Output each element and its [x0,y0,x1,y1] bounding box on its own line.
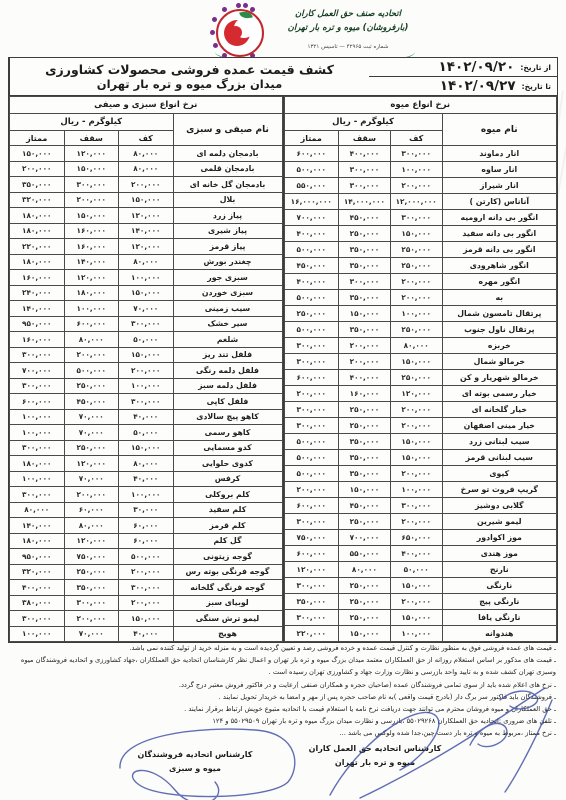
price-premium-cell: ۵۰۰,۰۰۰ [284,290,339,306]
price-premium-cell: ۱۰۰,۰۰۰ [10,471,65,487]
product-name-cell: موز اکوادور [442,530,556,546]
product-name-cell: خرمالو شهریار و کن [442,370,556,386]
price-ceiling-cell: ۳۵۰,۰۰۰ [339,434,391,450]
price-ceiling-cell: ۲۵۰,۰۰۰ [339,226,391,242]
price-ceiling-cell: ۶۰,۰۰۰ [64,502,119,518]
price-premium-cell: ۳۰۰,۰۰۰ [10,347,65,363]
table-row: شلغم۵۰,۰۰۰۸۰,۰۰۰۱۶۰,۰۰۰ [10,332,283,348]
price-ceiling-cell: ۳۵۰,۰۰۰ [339,466,391,482]
fruits-section: نرخ انواع میوه نام میوه کیلوگرم - ریال ک… [283,96,558,642]
price-ceiling-cell: ۲۰۰,۰۰۰ [64,487,119,503]
price-premium-cell: ۱۰۰,۰۰۰ [10,425,65,441]
price-premium-cell: ۱۸۰,۰۰۰ [10,456,65,472]
price-floor-cell: ۱۵۰,۰۰۰ [119,192,174,208]
price-premium-cell: ۵۰۰,۰۰۰ [284,242,339,258]
price-ceiling-cell: ۲۵۰,۰۰۰ [339,594,391,610]
product-name-cell: کدو مسمایی [173,440,282,456]
price-premium-cell: ۳۰۰,۰۰۰ [284,578,339,594]
product-name-cell: سیر خشک [173,316,282,332]
price-ceiling-cell: ۷۰,۰۰۰ [64,471,119,487]
product-name-cell: کاهو رسمی [173,425,282,441]
price-ceiling-cell: ۳۵۰,۰۰۰ [339,450,391,466]
table-row: به۲۰۰,۰۰۰۳۵۰,۰۰۰۵۰۰,۰۰۰ [284,290,557,306]
price-ceiling-cell: ۲۰۰,۰۰۰ [64,611,119,627]
price-premium-cell: ۲۲۰,۰۰۰ [10,239,65,255]
price-ceiling-cell: ۲۵۰,۰۰۰ [339,578,391,594]
price-premium-cell: ۸۰,۰۰۰ [10,502,65,518]
product-name-cell: کدوی حلوایی [173,456,282,472]
vegetables-section-title: نرخ انواع سبزی و صیفی [10,97,283,114]
footer-notes: ـ قیمت های عمده فروشی فوق به منظور نظارت… [8,642,558,740]
price-ceiling-cell: ۳۵۰,۰۰۰ [339,290,391,306]
price-floor-cell: ۱۵۰,۰۰۰ [119,285,174,301]
association-name-line1: اتحادیه صنف حق العمل کاران [278,8,418,22]
table-row: چغندر بورش۸۰,۰۰۰۱۴۰,۰۰۰۱۸۰,۰۰۰ [10,254,283,270]
price-ceiling-cell: ۷۰,۰۰۰ [64,409,119,425]
fruits-section-title: نرخ انواع میوه [284,97,557,114]
price-ceiling-cell: ۱۲۰,۰۰۰ [64,533,119,549]
price-premium-cell: ۹۵۰,۰۰۰ [10,549,65,565]
association-name-line2: (بارفروشان) میوه و تره بار تهران [278,22,418,36]
table-row: خربزه۸۰,۰۰۰۲۰۰,۰۰۰۳۰۰,۰۰۰ [284,338,557,354]
price-premium-cell: ۳۲۰,۰۰۰ [10,192,65,208]
table-row: کلم بروکلی۱۰۰,۰۰۰۲۰۰,۰۰۰۳۰۰,۰۰۰ [10,487,283,503]
price-premium-cell: ۲۰۰,۰۰۰ [10,161,65,177]
product-name-cell: نارنگی پیج [442,594,556,610]
product-name-cell: هندوانه [442,626,556,642]
price-premium-cell: ۵۵۰,۰۰۰ [284,178,339,194]
price-floor-cell: ۱۵۰,۰۰۰ [390,354,442,370]
price-premium-cell: ۴۵۰,۰۰۰ [284,258,339,274]
price-floor-cell: ۳۰۰,۰۰۰ [390,146,442,162]
table-row: گریپ فروت تو سرخ۱۰۰,۰۰۰۱۵۰,۰۰۰۲۰۰,۰۰۰ [284,482,557,498]
price-floor-cell: ۷۰,۰۰۰ [119,301,174,317]
price-premium-cell: ۱۸۰,۰۰۰ [10,254,65,270]
vegetables-table: نرخ انواع سبزی و صیفی نام صیفی و سبزی کی… [9,96,283,642]
vegetables-col-ceiling: سقف [64,131,119,146]
table-row: خیار گلخانه ای۲۰۰,۰۰۰۲۵۰,۰۰۰۳۰۰,۰۰۰ [284,402,557,418]
product-name-cell: گلابی دوشیز [442,498,556,514]
table-row: پرتقال تامسون شمال۱۰۰,۰۰۰۱۵۰,۰۰۰۲۵۰,۰۰۰ [284,306,557,322]
table-row: خرمالو شمال۱۵۰,۰۰۰۲۰۰,۰۰۰۳۰۰,۰۰۰ [284,354,557,370]
price-ceiling-cell: ۲۵۰,۰۰۰ [64,378,119,394]
table-row: کلم قرمز۶۰,۰۰۰۸۰,۰۰۰۱۴۰,۰۰۰ [10,518,283,534]
price-floor-cell: ۱۵۰,۰۰۰ [390,578,442,594]
price-premium-cell: ۶۰۰,۰۰۰ [284,498,339,514]
product-name-cell: انگور بی دانه سفید [442,226,556,242]
price-premium-cell: ۳۲۰,۰۰۰ [10,564,65,580]
price-ceiling-cell: ۳۰۰,۰۰۰ [339,274,391,290]
price-ceiling-cell: ۱۶۰,۰۰۰ [64,223,119,239]
table-row: سیر خشک۳۰۰,۰۰۰۶۰۰,۰۰۰۹۵۰,۰۰۰ [10,316,283,332]
price-floor-cell: ۱۰۰,۰۰۰ [390,162,442,178]
product-name-cell: خیار گلخانه ای [442,402,556,418]
price-ceiling-cell: ۱۴۰,۰۰۰ [64,254,119,270]
note-line: ـ نرخ ممتاز ،مربوط به میوه و تره بار دست… [8,727,558,739]
price-premium-cell: ۳۰۰,۰۰۰ [284,514,339,530]
table-row: خیار مینی اصفهان۲۰۰,۰۰۰۲۵۰,۰۰۰۳۰۰,۰۰۰ [284,418,557,434]
price-floor-cell: ۲۰۰,۰۰۰ [390,418,442,434]
product-name-cell: هویج [173,626,282,642]
vegetables-col-floor: کف [119,131,174,146]
table-row: خیار رسمی بوته ای۱۲۰,۰۰۰۱۶۰,۰۰۰۲۰۰,۰۰۰ [284,386,557,402]
price-premium-cell: ۵۰۰,۰۰۰ [284,450,339,466]
price-floor-cell: ۱۵۰,۰۰۰ [390,450,442,466]
price-ceiling-cell: ۳۰۰,۰۰۰ [339,178,391,194]
price-floor-cell: ۵۰,۰۰۰ [119,425,174,441]
price-floor-cell: ۱۵۰,۰۰۰ [119,611,174,627]
price-ceiling-cell: ۲۰۰,۰۰۰ [339,354,391,370]
price-ceiling-cell: ۳۵۰,۰۰۰ [339,258,391,274]
price-premium-cell: ۱۸۰,۰۰۰ [10,208,65,224]
product-name-cell: بادمجان قلمی [173,161,282,177]
note-line: ـ قیمت های عمده فروشی فوق به منظور نظارت… [8,642,558,654]
price-ceiling-cell: ۱۴,۰۰۰,۰۰۰ [339,194,391,210]
price-ceiling-cell: ۲۵۰,۰۰۰ [339,610,391,626]
vegetables-name-header: نام صیفی و سبزی [173,114,282,146]
price-ceiling-cell: ۱۵۰,۰۰۰ [339,626,391,642]
price-ceiling-cell: ۱۰۰,۰۰۰ [64,301,119,317]
price-ceiling-cell: ۴۰۰,۰۰۰ [339,370,391,386]
product-name-cell: خیار مینی اصفهان [442,418,556,434]
table-row: آناناس (کارتن )۱۲,۰۰۰,۰۰۰۱۴,۰۰۰,۰۰۰۱۶,۰۰… [284,194,557,210]
price-floor-cell: ۳۰۰,۰۰۰ [119,394,174,410]
product-name-cell: لیمو ترش سنگی [173,611,282,627]
price-floor-cell: ۱۲,۰۰۰,۰۰۰ [390,194,442,210]
price-floor-cell: ۶۰,۰۰۰ [119,533,174,549]
price-premium-cell: ۳۰۰,۰۰۰ [284,354,339,370]
price-premium-cell: ۳۰۰,۰۰۰ [284,402,339,418]
price-ceiling-cell: ۳۵۰,۰۰۰ [64,580,119,596]
price-ceiling-cell: ۱۶۰,۰۰۰ [64,239,119,255]
price-floor-cell: ۱۲۰,۰۰۰ [119,208,174,224]
table-row: بادمجان گل خانه ای۲۰۰,۰۰۰۳۰۰,۰۰۰۳۵۰,۰۰۰ [10,177,283,193]
table-row: انگور شاهرودی۲۵۰,۰۰۰۳۵۰,۰۰۰۴۵۰,۰۰۰ [284,258,557,274]
price-premium-cell: ۵۰۰,۰۰۰ [284,466,339,482]
table-row: نارنگی یافا۱۵۰,۰۰۰۲۵۰,۰۰۰۳۰۰,۰۰۰ [284,610,557,626]
note-line: ـ قیمت های مذکور بر اساس استعلام روزانه … [8,654,558,678]
price-floor-cell: ۲۵۰,۰۰۰ [390,242,442,258]
price-premium-cell: ۴۰۰,۰۰۰ [284,226,339,242]
price-ceiling-cell: ۲۰۰,۰۰۰ [64,192,119,208]
table-row: پیاز شیری۱۴۰,۰۰۰۱۶۰,۰۰۰۱۸۰,۰۰۰ [10,223,283,239]
signature-right-line: میوه و تره بار تهران [300,756,450,770]
table-row: انگور بی دانه سفید۱۵۰,۰۰۰۲۵۰,۰۰۰۴۰۰,۰۰۰ [284,226,557,242]
price-premium-cell: ۱۰۰,۰۰۰ [10,626,65,642]
price-floor-cell: ۱۴۰,۰۰۰ [119,223,174,239]
table-row: هویج۴۰,۰۰۰۷۰,۰۰۰۱۰۰,۰۰۰ [10,626,283,642]
price-premium-cell: ۴۰۰,۰۰۰ [284,274,339,290]
product-name-cell: کلم بروکلی [173,487,282,503]
price-premium-cell: ۵۰۰,۰۰۰ [284,162,339,178]
price-floor-cell: ۲۰۰,۰۰۰ [119,177,174,193]
product-name-cell: چغندر بورش [173,254,282,270]
signature-right: کارشناس اتحادیه حق العمل کارانمیوه و تره… [300,742,450,771]
price-floor-cell: ۶۵۰,۰۰۰ [390,530,442,546]
product-name-cell: خیار رسمی بوته ای [442,386,556,402]
table-row: لوبیای سبز۲۰۰,۰۰۰۳۰۰,۰۰۰۳۸۰,۰۰۰ [10,595,283,611]
vegetables-section: نرخ انواع سبزی و صیفی نام صیفی و سبزی کی… [9,96,283,642]
fruits-col-premium: ممتاز [284,131,339,146]
price-ceiling-cell: ۱۶۰,۰۰۰ [339,386,391,402]
table-row: لیمو ترش سنگی۱۵۰,۰۰۰۲۰۰,۰۰۰۳۰۰,۰۰۰ [10,611,283,627]
price-premium-cell: ۶۰۰,۰۰۰ [284,146,339,162]
price-ceiling-cell: ۲۰۰,۰۰۰ [64,347,119,363]
note-line: ـ تلفن های ضروری :اتحادیه حق العملکاران … [8,715,558,727]
from-date-value: ۱۴۰۲/۰۹/۲۰ [439,59,515,75]
association-name: اتحادیه صنف حق العمل کاران (بارفروشان) م… [278,8,418,35]
price-ceiling-cell: ۱۵۰,۰۰۰ [339,306,391,322]
product-name-cell: خرمالو شمال [442,354,556,370]
table-row: انگور بی دانه قرمز۲۵۰,۰۰۰۳۵۰,۰۰۰۵۰۰,۰۰۰ [284,242,557,258]
price-premium-cell: ۱۰۰,۰۰۰ [10,409,65,425]
vegetables-table-body: بادمجان دلمه ای۸۰,۰۰۰۱۲۰,۰۰۰۱۵۰,۰۰۰بادمج… [10,146,283,642]
price-floor-cell: ۱۵۰,۰۰۰ [390,226,442,242]
price-floor-cell: ۳۰,۰۰۰ [119,502,174,518]
note-line: ـ حق العملکاران و میوه فروشان محترم می ت… [8,703,558,715]
product-name-cell: فلفل تند ریز [173,347,282,363]
product-name-cell: پیاز قرمز [173,239,282,255]
price-premium-cell: ۳۰۰,۰۰۰ [10,378,65,394]
price-ceiling-cell: ۳۰۰,۰۰۰ [64,177,119,193]
price-floor-cell: ۸۰,۰۰۰ [119,254,174,270]
product-name-cell: موز هندی [442,546,556,562]
price-premium-cell: ۱۴۰,۰۰۰ [10,518,65,534]
product-name-cell: بلال [173,192,282,208]
price-premium-cell: ۱۴۰,۰۰۰ [10,301,65,317]
price-ceiling-cell: ۲۵۰,۰۰۰ [64,564,119,580]
price-floor-cell: ۱۲۰,۰۰۰ [390,386,442,402]
table-row: بادمجان قلمی۸۰,۰۰۰۱۵۰,۰۰۰۲۰۰,۰۰۰ [10,161,283,177]
price-ceiling-cell: ۲۵۰,۰۰۰ [339,418,391,434]
product-name-cell: سیب لبنانی زرد [442,434,556,450]
price-ceiling-cell: ۲۵۰,۰۰۰ [339,402,391,418]
price-floor-cell: ۵۰۰,۰۰۰ [119,549,174,565]
table-row: بادمجان دلمه ای۸۰,۰۰۰۱۲۰,۰۰۰۱۵۰,۰۰۰ [10,146,283,162]
price-floor-cell: ۳۰۰,۰۰۰ [119,580,174,596]
price-floor-cell: ۲۰۰,۰۰۰ [390,290,442,306]
price-floor-cell: ۱۵۰,۰۰۰ [119,347,174,363]
product-name-cell: گریپ فروت تو سرخ [442,482,556,498]
table-row: موز اکوادور۶۵۰,۰۰۰۷۰۰,۰۰۰۷۵۰,۰۰۰ [284,530,557,546]
table-row: بلال۱۵۰,۰۰۰۲۰۰,۰۰۰۳۲۰,۰۰۰ [10,192,283,208]
price-ceiling-cell: ۸۰,۰۰۰ [64,332,119,348]
price-floor-cell: ۲۰۰,۰۰۰ [119,595,174,611]
table-row: گوجه فرنگی گلخانه۳۰۰,۰۰۰۳۵۰,۰۰۰۴۰۰,۰۰۰ [10,580,283,596]
note-line: ـ فروشندگان باید فاکتور سر برگ دار (بادر… [8,691,558,703]
table-row: پیاز زرد۱۲۰,۰۰۰۱۵۰,۰۰۰۱۸۰,۰۰۰ [10,208,283,224]
price-ceiling-cell: ۷۰,۰۰۰ [64,425,119,441]
price-floor-cell: ۱۰۰,۰۰۰ [119,378,174,394]
table-row: گل کلم۶۰,۰۰۰۱۲۰,۰۰۰۱۸۰,۰۰۰ [10,533,283,549]
fruits-table-body: انار دماوند۳۰۰,۰۰۰۴۰۰,۰۰۰۶۰۰,۰۰۰انار ساو… [284,146,557,642]
price-ceiling-cell: ۱۲۰,۰۰۰ [64,270,119,286]
price-ceiling-cell: ۱۸۰,۰۰۰ [64,285,119,301]
price-floor-cell: ۲۵۰,۰۰۰ [390,370,442,386]
price-premium-cell: ۱۵۰,۰۰۰ [10,146,65,162]
table-row: فلفل تند ریز۱۵۰,۰۰۰۲۰۰,۰۰۰۳۰۰,۰۰۰ [10,347,283,363]
price-premium-cell: ۳۰۰,۰۰۰ [284,610,339,626]
price-premium-cell: ۳۸۰,۰۰۰ [10,595,65,611]
page-title-line2: میدان بزرگ میوه و تره بار تهران [10,77,369,91]
price-premium-cell: ۳۵۰,۰۰۰ [10,177,65,193]
to-date-label: تا تاریخ: [522,82,551,91]
table-row: کرفس۴۰,۰۰۰۷۰,۰۰۰۱۰۰,۰۰۰ [10,471,283,487]
price-premium-cell: ۷۵۰,۰۰۰ [284,530,339,546]
price-premium-cell: ۱۶۰,۰۰۰ [10,332,65,348]
price-floor-cell: ۲۵۰,۰۰۰ [390,322,442,338]
price-floor-cell: ۲۰۰,۰۰۰ [390,594,442,610]
product-name-cell: کلم قرمز [173,518,282,534]
price-ceiling-cell: ۸۰,۰۰۰ [64,518,119,534]
price-ceiling-cell: ۱۲۰,۰۰۰ [64,456,119,472]
price-premium-cell: ۶۰۰,۰۰۰ [10,394,65,410]
price-premium-cell: ۳۵۰,۰۰۰ [284,594,339,610]
table-row: کاهو پیچ سالادی۴۰,۰۰۰۷۰,۰۰۰۱۰۰,۰۰۰ [10,409,283,425]
fruits-col-ceiling: سقف [339,131,391,146]
price-ceiling-cell: ۷۰,۰۰۰ [64,626,119,642]
table-row: کیوی۲۰۰,۰۰۰۳۵۰,۰۰۰۵۰۰,۰۰۰ [284,466,557,482]
price-premium-cell: ۲۴۰,۰۰۰ [10,285,65,301]
table-row: کاهو رسمی۵۰,۰۰۰۷۰,۰۰۰۱۰۰,۰۰۰ [10,425,283,441]
from-date-row: از تاریخ: ۱۴۰۲/۰۹/۲۰ [369,58,557,76]
price-premium-cell: ۷۰۰,۰۰۰ [10,363,65,379]
price-floor-cell: ۵۰,۰۰۰ [119,332,174,348]
tables-container: نرخ انواع میوه نام میوه کیلوگرم - ریال ک… [9,96,557,642]
product-name-cell: گل کلم [173,533,282,549]
table-row: پیاز قرمز۱۲۰,۰۰۰۱۶۰,۰۰۰۲۲۰,۰۰۰ [10,239,283,255]
product-name-cell: بادمجان گل خانه ای [173,177,282,193]
price-floor-cell: ۲۰۰,۰۰۰ [390,274,442,290]
table-row: سیب لبنانی قرمز۱۵۰,۰۰۰۳۵۰,۰۰۰۵۰۰,۰۰۰ [284,450,557,466]
price-table-box: از تاریخ: ۱۴۰۲/۰۹/۲۰ تا تاریخ: ۱۴۰۲/۰۹/۲… [8,57,558,643]
price-floor-cell: ۱۰۰,۰۰۰ [119,487,174,503]
note-line: ـ نرخ های اعلام شده باید از سوی تمامی فر… [8,679,558,691]
price-floor-cell: ۶۰,۰۰۰ [119,518,174,534]
fruits-col-floor: کف [390,131,442,146]
product-name-cell: پرتقال تامسون شمال [442,306,556,322]
price-ceiling-cell: ۵۰۰,۰۰۰ [64,363,119,379]
price-ceiling-cell: ۱۵۰,۰۰۰ [64,161,119,177]
product-name-cell: بادمجان دلمه ای [173,146,282,162]
table-row: سبزی جور۱۰۰,۰۰۰۱۲۰,۰۰۰۱۶۰,۰۰۰ [10,270,283,286]
table-row: سبزی خوردن۱۵۰,۰۰۰۱۸۰,۰۰۰۲۴۰,۰۰۰ [10,285,283,301]
product-name-cell: نارنج [442,562,556,578]
price-premium-cell: ۴۰۰,۰۰۰ [10,580,65,596]
document-title: کشف قیمت عمده فروشی محصولات کشاورزی میدا… [9,58,369,95]
from-date-label: از تاریخ: [520,63,551,72]
price-ceiling-cell: ۴۰۰,۰۰۰ [339,146,391,162]
price-premium-cell: ۵۰۰,۰۰۰ [284,322,339,338]
price-floor-cell: ۱۰۰,۰۰۰ [390,482,442,498]
fruits-unit-header: کیلوگرم - ریال [284,114,442,131]
product-name-cell: به [442,290,556,306]
price-premium-cell: ۲۰۰,۰۰۰ [284,482,339,498]
price-premium-cell: ۱۶۰,۰۰۰ [10,270,65,286]
vegetables-col-premium: ممتاز [10,131,65,146]
product-name-cell: کلم سفید [173,502,282,518]
table-row: خرمالو شهریار و کن۲۵۰,۰۰۰۴۰۰,۰۰۰۶۰۰,۰۰۰ [284,370,557,386]
table-row: انار ساوه۱۰۰,۰۰۰۳۰۰,۰۰۰۵۰۰,۰۰۰ [284,162,557,178]
price-premium-cell: ۶۰۰,۰۰۰ [284,370,339,386]
table-row: انگور مهره۲۰۰,۰۰۰۳۰۰,۰۰۰۴۰۰,۰۰۰ [284,274,557,290]
price-ceiling-cell: ۱۲۰,۰۰۰ [64,146,119,162]
product-name-cell: کیوی [442,466,556,482]
table-row: گلابی دوشیز۳۰۰,۰۰۰۴۵۰,۰۰۰۶۰۰,۰۰۰ [284,498,557,514]
page-title-line1: کشف قیمت عمده فروشی محصولات کشاورزی [10,62,369,77]
price-floor-cell: ۴۰,۰۰۰ [119,626,174,642]
product-name-cell: فلفل دلمه رنگی [173,363,282,379]
product-name-cell: شلغم [173,332,282,348]
product-name-cell: سبزی جور [173,270,282,286]
price-premium-cell: ۶۰۰,۰۰۰ [284,546,339,562]
product-name-cell: نارنگی یافا [442,610,556,626]
table-row: گوجه زیتونی۵۰۰,۰۰۰۷۵۰,۰۰۰۹۵۰,۰۰۰ [10,549,283,565]
price-ceiling-cell: ۷۵۰,۰۰۰ [64,549,119,565]
table-row: نارنگی۱۵۰,۰۰۰۲۵۰,۰۰۰۳۰۰,۰۰۰ [284,578,557,594]
price-ceiling-cell: ۲۰۰,۰۰۰ [339,338,391,354]
price-ceiling-cell: ۱۵۰,۰۰۰ [64,208,119,224]
product-name-cell: گوجه فرنگی بوته رس [173,564,282,580]
price-ceiling-cell: ۲۵۰,۰۰۰ [64,440,119,456]
price-floor-cell: ۴۰,۰۰۰ [119,471,174,487]
to-date-value: ۱۴۰۲/۰۹/۲۷ [440,78,516,94]
product-name-cell: پرتقال ناول جنوب [442,322,556,338]
product-name-cell: سبزی خوردن [173,285,282,301]
table-row: لیمو شیرین۲۰۰,۰۰۰۲۵۰,۰۰۰۳۰۰,۰۰۰ [284,514,557,530]
product-name-cell: سیب لبنانی قرمز [442,450,556,466]
product-name-cell: گوجه فرنگی گلخانه [173,580,282,596]
price-floor-cell: ۱۵۰,۰۰۰ [119,440,174,456]
price-floor-cell: ۱۵۰,۰۰۰ [390,610,442,626]
table-row: فلفل دلمه رنگی۲۰۰,۰۰۰۵۰۰,۰۰۰۷۰۰,۰۰۰ [10,363,283,379]
product-name-cell: گوجه زیتونی [173,549,282,565]
price-floor-cell: ۸۰,۰۰۰ [119,146,174,162]
to-date-row: تا تاریخ: ۱۴۰۲/۰۹/۲۷ [369,76,557,95]
product-name-cell: فلفل دلمه سبز [173,378,282,394]
price-ceiling-cell: ۳۰۰,۰۰۰ [64,595,119,611]
price-premium-cell: ۱۶,۰۰۰,۰۰۰ [284,194,339,210]
table-row: فلفل کاپی۳۰۰,۰۰۰۴۵۰,۰۰۰۶۰۰,۰۰۰ [10,394,283,410]
price-floor-cell: ۲۰۰,۰۰۰ [390,514,442,530]
table-row: کدوی حلوایی۸۰,۰۰۰۱۲۰,۰۰۰۱۸۰,۰۰۰ [10,456,283,472]
price-floor-cell: ۵۰,۰۰۰ [390,562,442,578]
price-floor-cell: ۲۰۰,۰۰۰ [119,363,174,379]
price-premium-cell: ۱۲۰,۰۰۰ [284,562,339,578]
price-premium-cell: ۱۸۰,۰۰۰ [10,223,65,239]
product-name-cell: لیمو شیرین [442,514,556,530]
price-premium-cell: ۱۸۰,۰۰۰ [10,533,65,549]
price-floor-cell: ۲۰۰,۰۰۰ [390,178,442,194]
vegetables-unit-header: کیلوگرم - ریال [10,114,174,131]
table-row: انار دماوند۳۰۰,۰۰۰۴۰۰,۰۰۰۶۰۰,۰۰۰ [284,146,557,162]
table-row: گوجه فرنگی بوته رس۲۰۰,۰۰۰۲۵۰,۰۰۰۳۲۰,۰۰۰ [10,564,283,580]
price-premium-cell: ۲۰۰,۰۰۰ [284,386,339,402]
price-ceiling-cell: ۳۵۰,۰۰۰ [339,322,391,338]
product-name-cell: آناناس (کارتن ) [442,194,556,210]
price-floor-cell: ۸۰,۰۰۰ [119,456,174,472]
price-ceiling-cell: ۲۵۰,۰۰۰ [339,514,391,530]
product-name-cell: کاهو پیچ سالادی [173,409,282,425]
price-floor-cell: ۸۰,۰۰۰ [390,338,442,354]
signature-left: کارشناس اتحادیه فروشندگانمیوه و سبزی [120,748,270,777]
fruits-table: نرخ انواع میوه نام میوه کیلوگرم - ریال ک… [284,96,558,642]
price-floor-cell: ۸۰,۰۰۰ [119,161,174,177]
signature-left-line: میوه و سبزی [120,762,270,776]
product-name-cell: انگور شاهرودی [442,258,556,274]
price-floor-cell: ۲۰۰,۰۰۰ [390,402,442,418]
price-premium-cell: ۹۵۰,۰۰۰ [10,316,65,332]
